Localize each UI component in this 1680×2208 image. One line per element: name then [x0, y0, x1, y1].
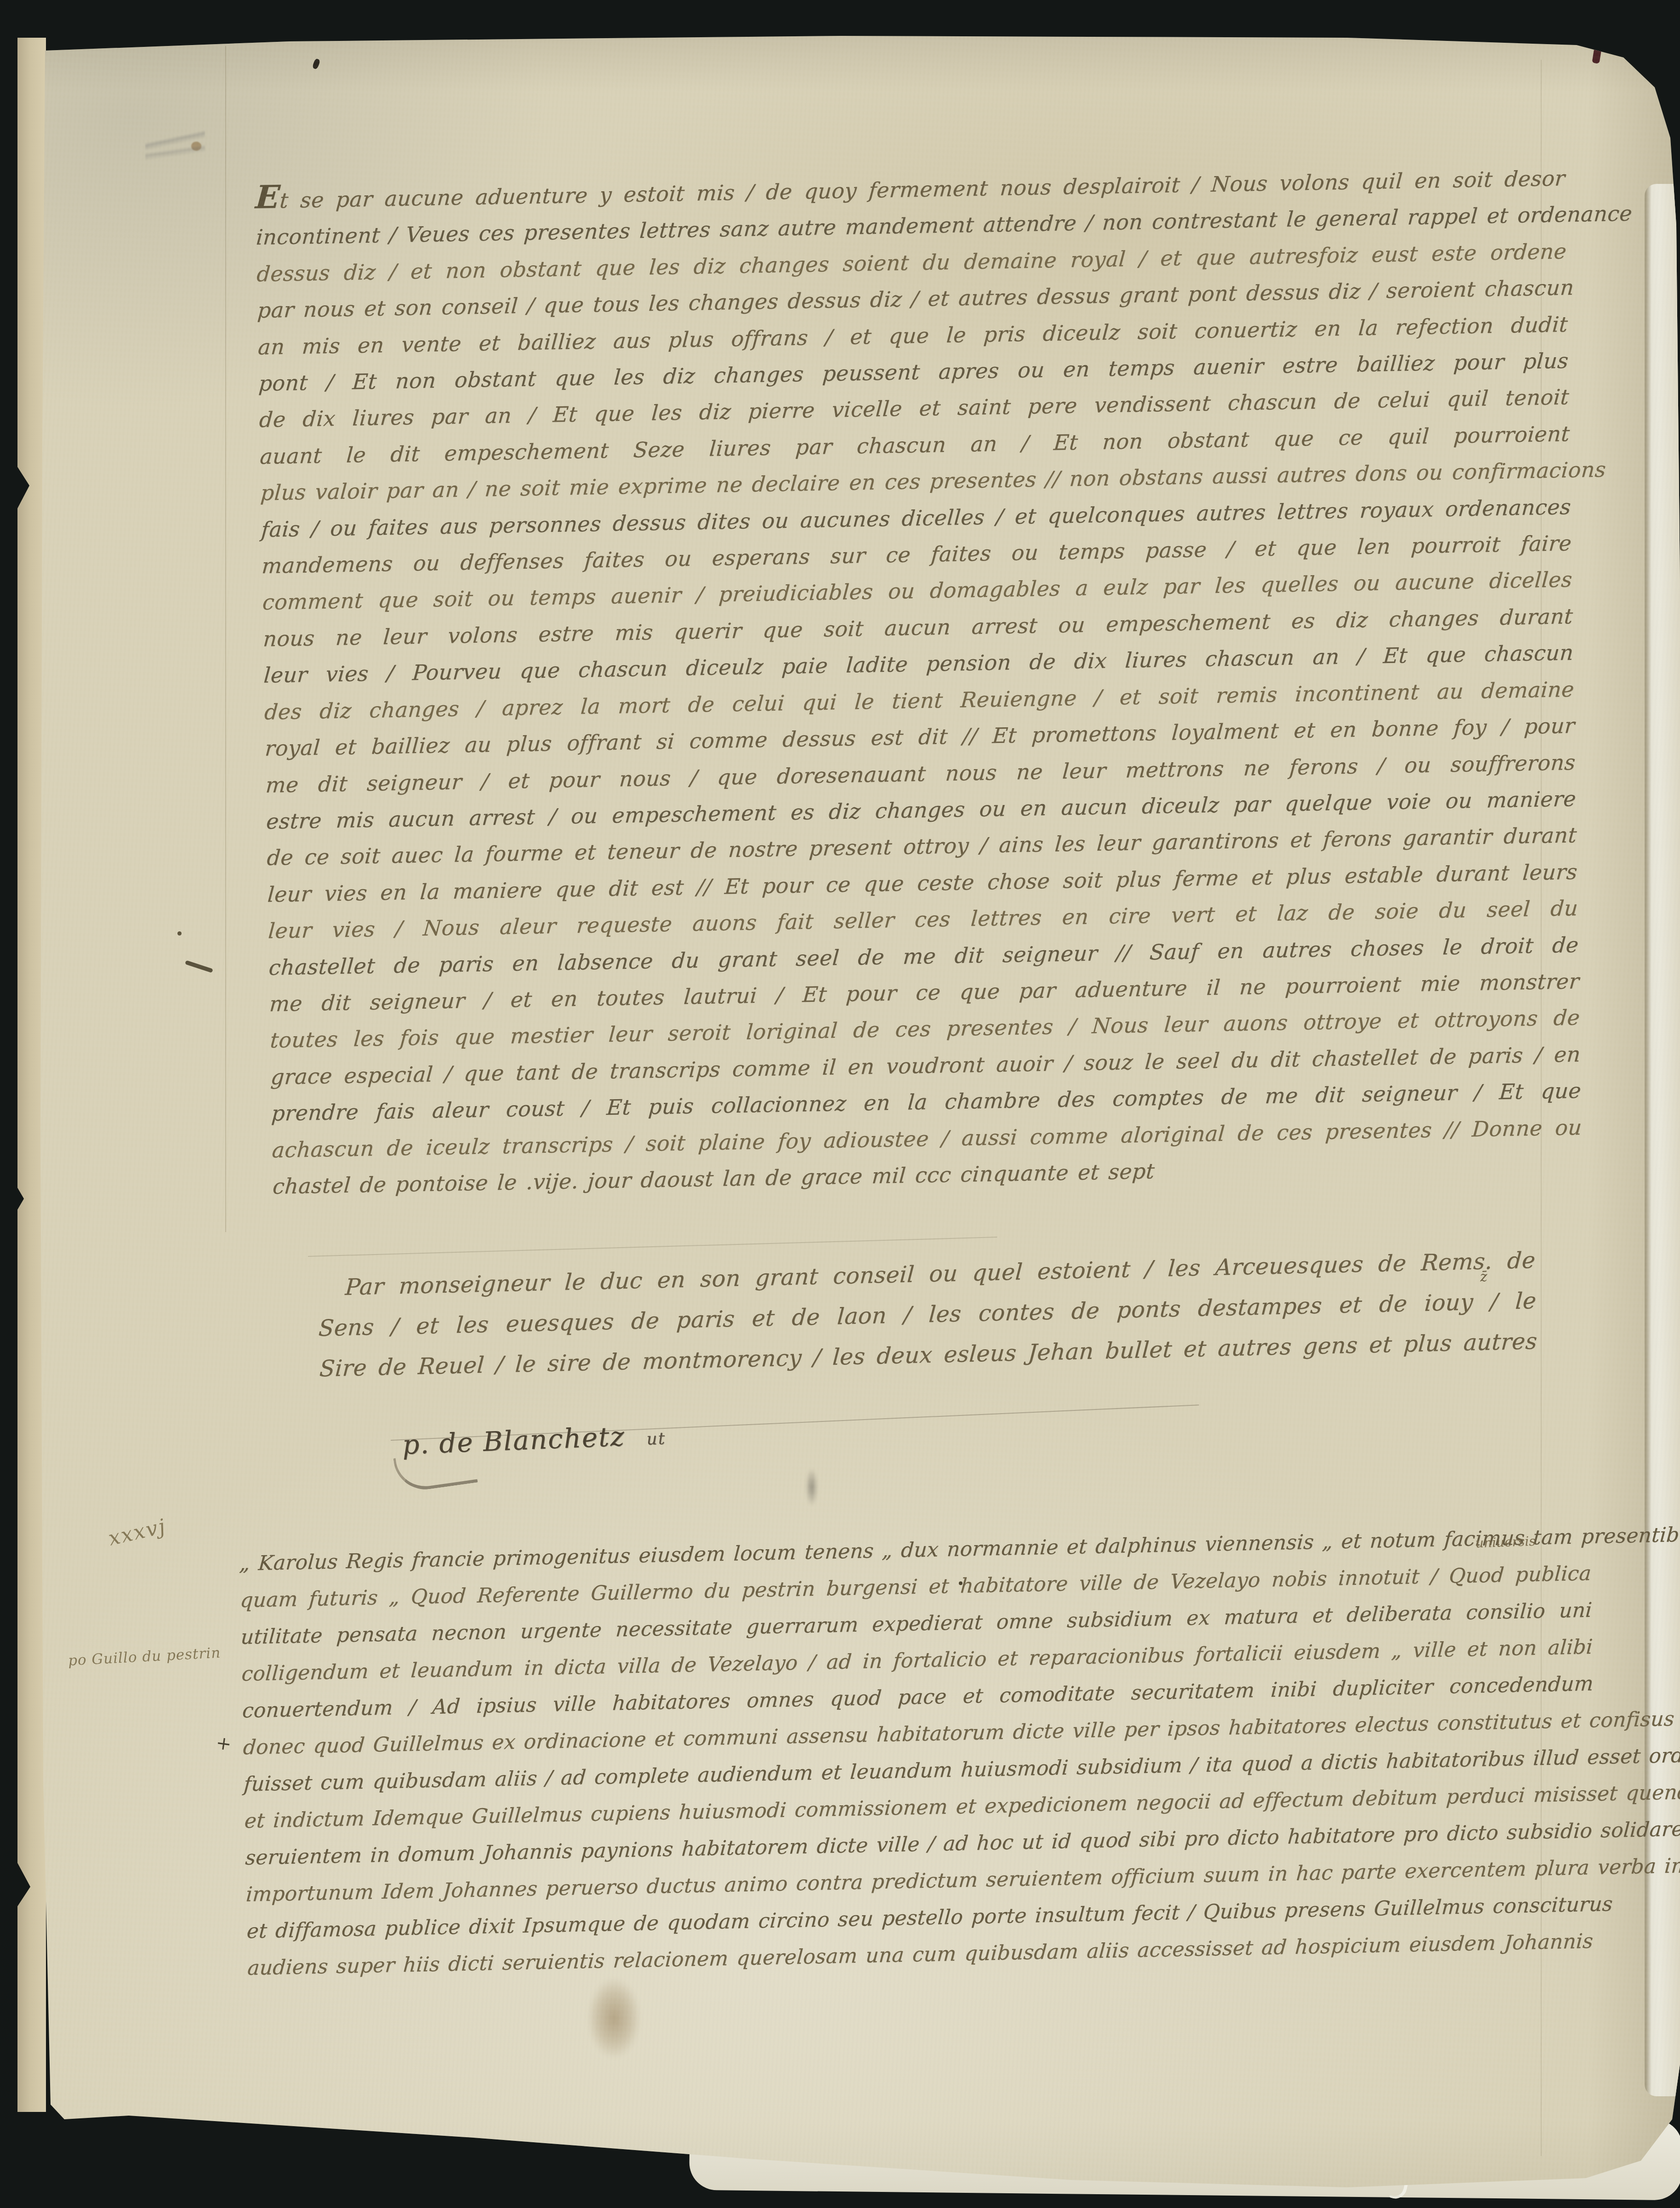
parchment-page: Et se par aucune aduenture y estoit mis … [14, 32, 1680, 2198]
surface-scratch [308, 1237, 997, 1257]
parchment-stain [587, 1978, 641, 2059]
interlinear-insertion: uniuersis [1475, 1534, 1536, 1551]
graphite-smudge [145, 97, 205, 188]
top-edge-ink-mark [312, 58, 321, 70]
council-endorsement-block: Par monseigneur le duc en son grant cons… [317, 1240, 1538, 1389]
signature-name: Blanchetz [483, 1421, 626, 1457]
signature-prefix: p. de [402, 1426, 474, 1461]
fore-edge-pages [1645, 184, 1680, 2096]
latin-text-block: „ Karolus Regis francie primogenitus eiu… [239, 1518, 1599, 1987]
margin-dash-mark [185, 960, 213, 973]
margin-note: po Guillo du pestrin [68, 1644, 221, 1669]
parchment-speck [959, 1581, 962, 1585]
notary-signature: p. de Blanchetz ut [402, 1419, 666, 1461]
main-text-block: Et se par aucune aduenture y estoit mis … [255, 156, 1583, 1205]
left-margin-ruling [225, 46, 226, 1232]
margin-cross-mark: + [215, 1732, 233, 1755]
margin-folio-number: xxxvj [106, 1514, 169, 1550]
red-edge-mark [1592, 35, 1603, 64]
signature-paraph: ut [646, 1429, 666, 1449]
manuscript-photo: Et se par aucune aduenture y estoit mis … [0, 0, 1680, 2208]
ink-smudge [803, 1462, 820, 1512]
interlinear-abbreviation: z̄ [1480, 1269, 1488, 1285]
margin-dot-mark [177, 931, 182, 936]
